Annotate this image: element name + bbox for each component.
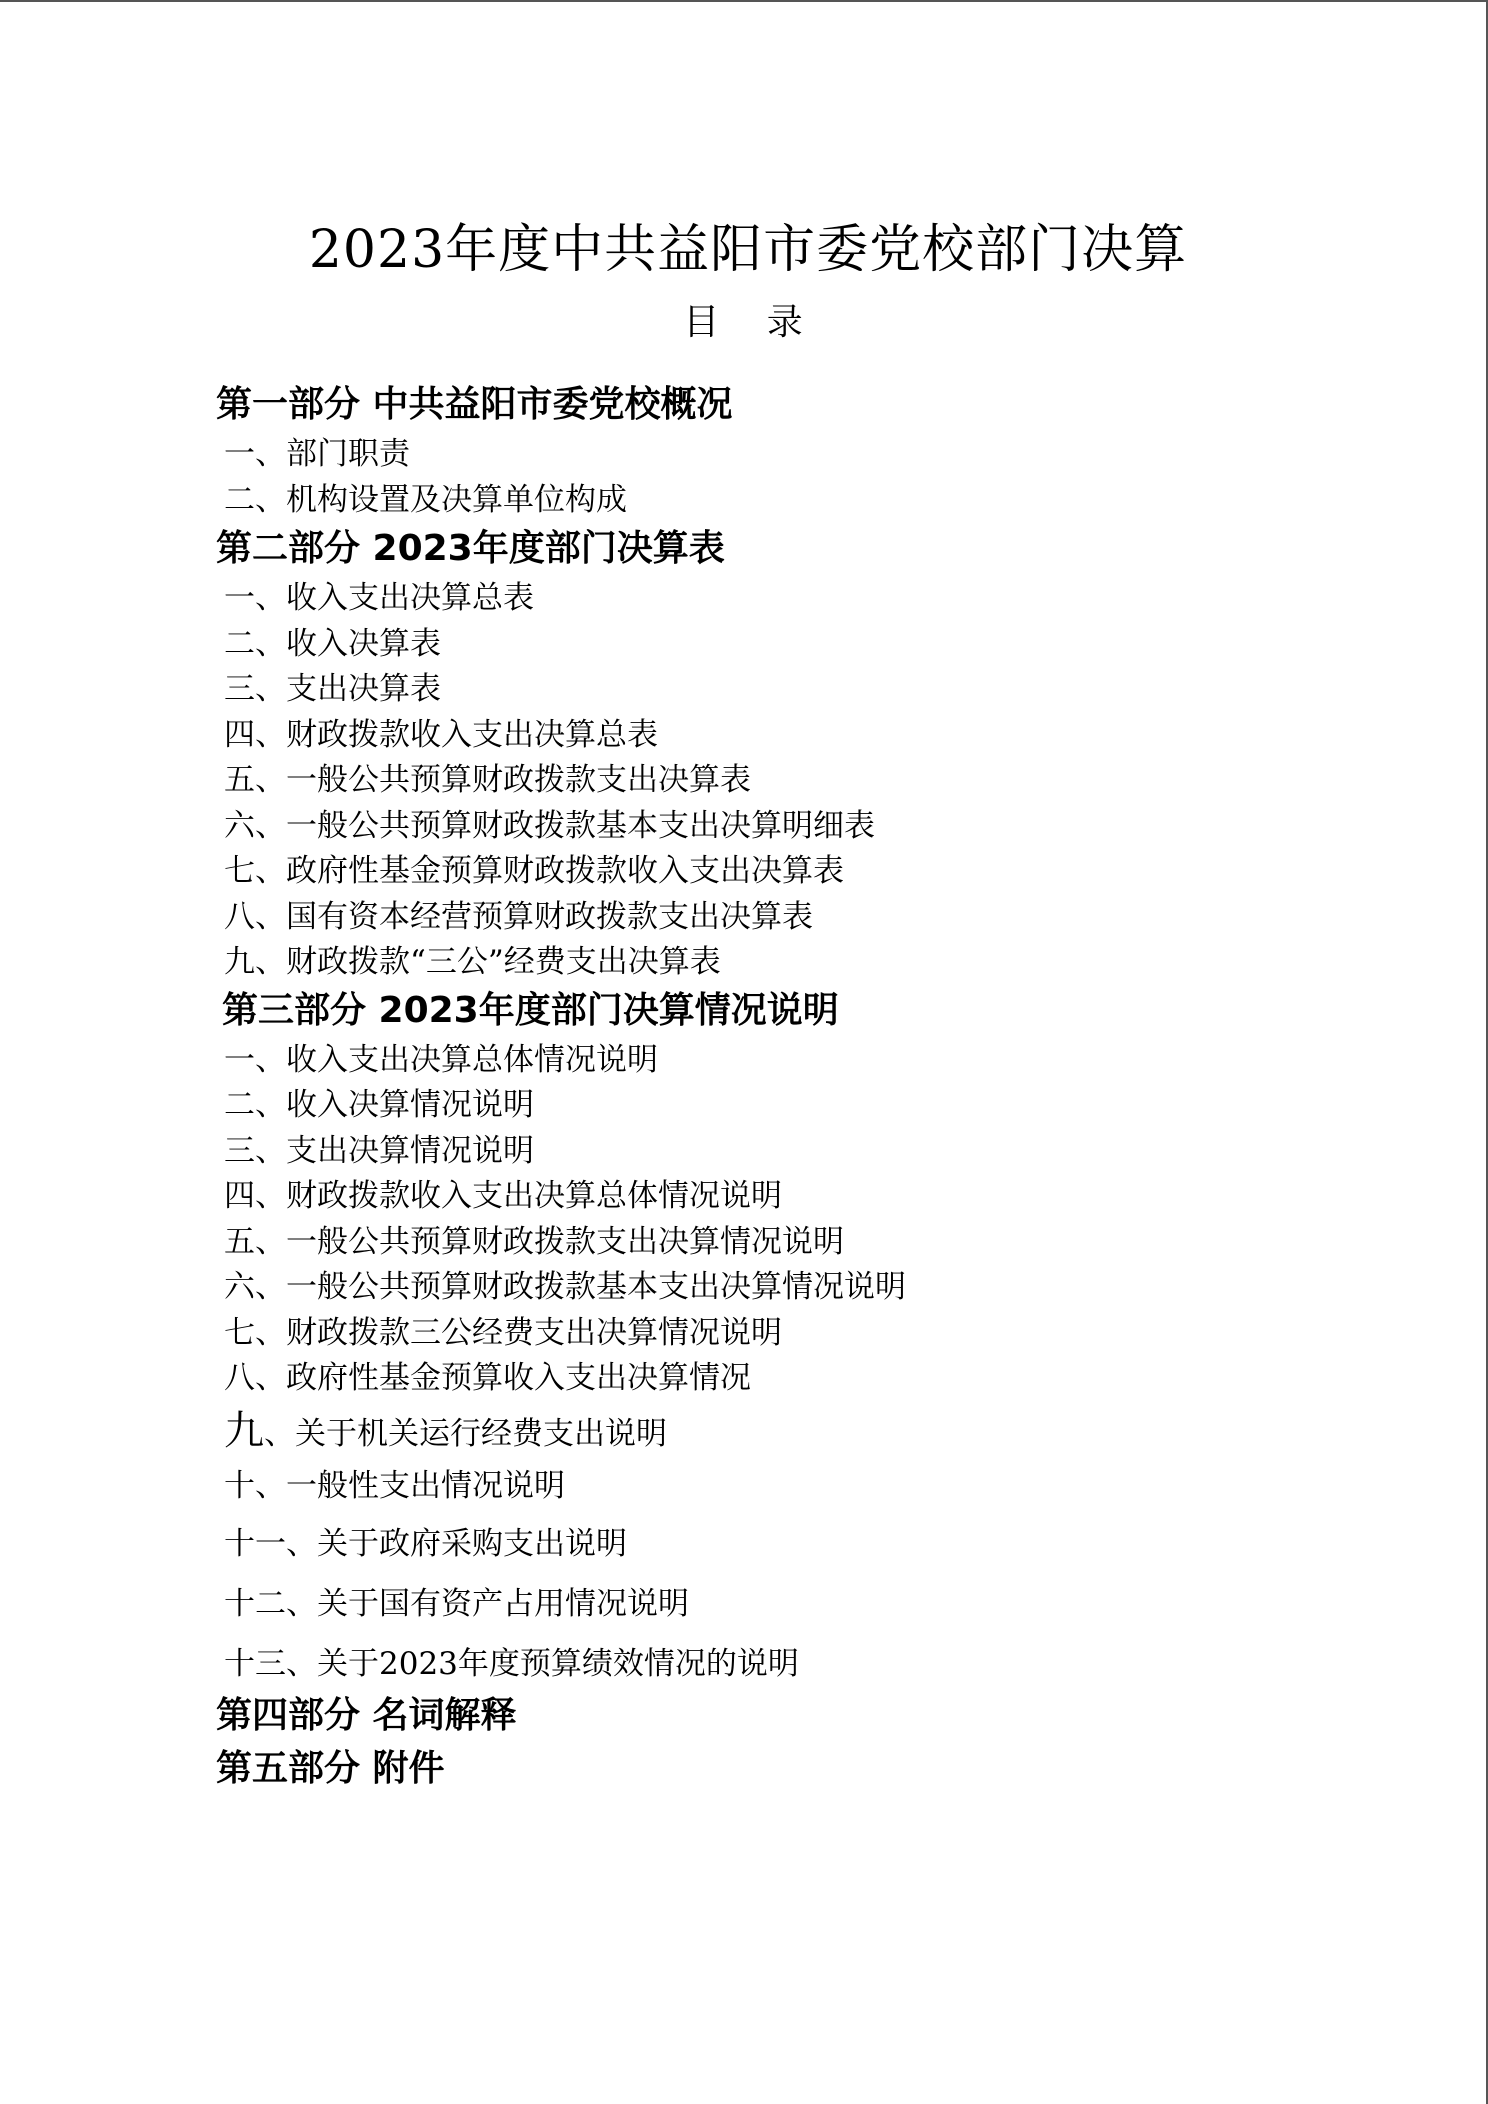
toc-item[interactable]: 一、部门职责 bbox=[224, 434, 410, 474]
toc-item[interactable]: 十三、关于2023年度预算绩效情况的说明 bbox=[224, 1644, 799, 1684]
toc-item-text: 、关于机关运行经费支出说明 bbox=[264, 1416, 667, 1452]
toc-item[interactable]: 六、一般公共预算财政拨款基本支出决算明细表 bbox=[224, 806, 875, 846]
toc-item[interactable]: 九、财政拨款“三公”经费支出决算表 bbox=[224, 942, 721, 982]
toc-item[interactable]: 十、一般性支出情况说明 bbox=[224, 1466, 565, 1506]
toc-item-number: 九 bbox=[224, 1408, 264, 1454]
toc-part-4[interactable]: 第四部分 名词解释 bbox=[216, 1694, 517, 1738]
toc-item[interactable]: 四、财政拨款收入支出决算总表 bbox=[224, 715, 658, 755]
toc-item[interactable]: 一、收入支出决算总表 bbox=[224, 578, 534, 618]
toc-item[interactable]: 二、收入决算表 bbox=[224, 624, 441, 664]
toc-part-3[interactable]: 第三部分 2023年度部门决算情况说明 bbox=[222, 989, 839, 1033]
toc-item[interactable]: 十二、关于国有资产占用情况说明 bbox=[224, 1584, 689, 1624]
toc-item[interactable]: 五、一般公共预算财政拨款支出决算情况说明 bbox=[224, 1222, 844, 1262]
toc-item[interactable]: 八、国有资本经营预算财政拨款支出决算表 bbox=[224, 897, 813, 937]
toc-item[interactable]: 九、关于机关运行经费支出说明 bbox=[224, 1411, 667, 1454]
toc-item[interactable]: 八、政府性基金预算收入支出决算情况 bbox=[224, 1358, 751, 1398]
toc-part-5[interactable]: 第五部分 附件 bbox=[216, 1747, 445, 1791]
toc-item[interactable]: 四、财政拨款收入支出决算总体情况说明 bbox=[224, 1176, 782, 1216]
toc-item[interactable]: 七、政府性基金预算财政拨款收入支出决算表 bbox=[224, 851, 844, 891]
toc-item[interactable]: 七、财政拨款三公经费支出决算情况说明 bbox=[224, 1313, 782, 1353]
toc-part-1[interactable]: 第一部分 中共益阳市委党校概况 bbox=[216, 383, 733, 427]
table-of-contents: 第一部分 中共益阳市委党校概况 一、部门职责 二、机构设置及决算单位构成 第二部… bbox=[0, 0, 1488, 2104]
toc-item[interactable]: 十一、关于政府采购支出说明 bbox=[224, 1524, 627, 1564]
toc-item[interactable]: 三、支出决算情况说明 bbox=[224, 1131, 534, 1171]
toc-part-2[interactable]: 第二部分 2023年度部门决算表 bbox=[216, 527, 725, 571]
toc-item[interactable]: 六、一般公共预算财政拨款基本支出决算情况说明 bbox=[224, 1267, 906, 1307]
toc-item[interactable]: 三、支出决算表 bbox=[224, 669, 441, 709]
toc-item[interactable]: 五、一般公共预算财政拨款支出决算表 bbox=[224, 760, 751, 800]
toc-item[interactable]: 二、机构设置及决算单位构成 bbox=[224, 480, 627, 520]
toc-item[interactable]: 二、收入决算情况说明 bbox=[224, 1085, 534, 1125]
toc-item[interactable]: 一、收入支出决算总体情况说明 bbox=[224, 1040, 658, 1080]
